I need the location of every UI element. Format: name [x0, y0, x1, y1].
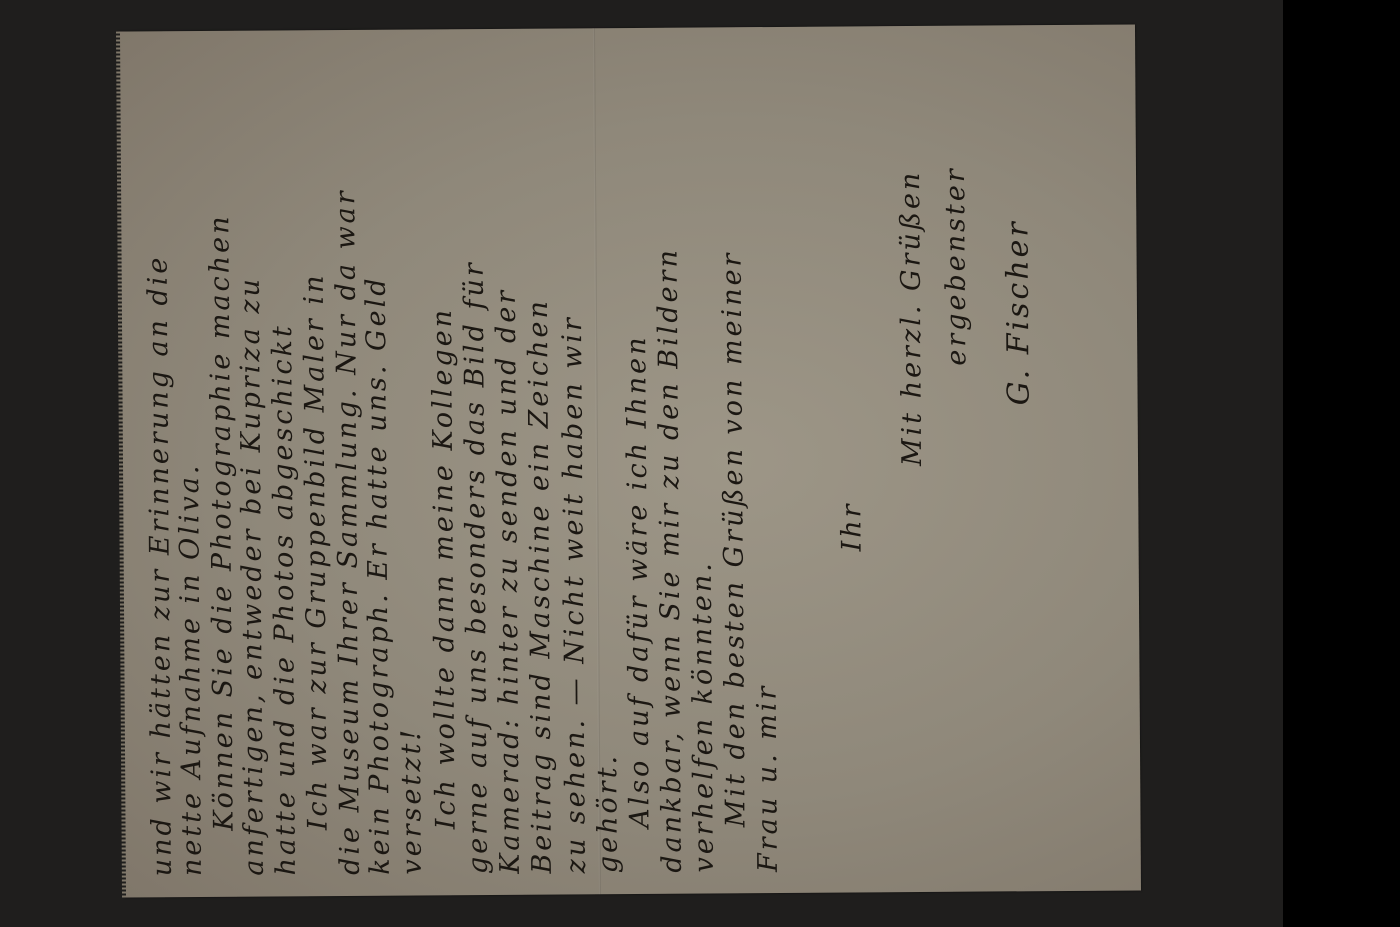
letter-line: Also auf dafür wäre ich Ihnen	[621, 334, 655, 828]
letter-line: nette Aufnahme in Oliva.	[174, 462, 208, 876]
letter-line: verhelfen könnten.	[687, 560, 720, 872]
letter-line: kein Photograph. Er hatte uns. Geld	[361, 275, 396, 874]
closing-regards: Mit herzl. Grüßen	[895, 170, 928, 466]
closing-ergebenster: ergebenster	[940, 166, 972, 366]
letter-line: zu sehen. — Nicht weit haben wir	[557, 315, 592, 873]
letter-paper: und wir hätten zur Erinnerung an die net…	[119, 24, 1141, 897]
signature: G. Fischer	[1000, 219, 1036, 405]
letter-line: Frau u. mir	[752, 684, 784, 873]
letter-line: Ich war zur Gruppenbild Maler in	[299, 272, 334, 830]
letter-line: dankbar, wenn Sie mir zu den Bildern	[653, 247, 688, 873]
letter-line: hatte und die Photos abgeschickt	[267, 323, 302, 875]
letter-line: gehört.	[592, 753, 624, 873]
closing-ihr: Ihr	[836, 501, 867, 551]
letter-line: versetzt!	[396, 727, 428, 875]
letter-line: Ich wollte dann meine Kollegen	[427, 307, 462, 830]
letter-line: Mit den besten Grüßen von meiner	[717, 250, 752, 827]
letter-line: anfertigen, entweder bei Kupriza zu	[235, 276, 270, 876]
letter-line: Beitrag sind Maschine ein Zeichen	[523, 298, 558, 874]
letter-line: und wir hätten zur Erinnerung an die	[143, 255, 178, 877]
letter-line: Kamerad: hinter zu senden und der	[491, 288, 526, 874]
letter-line: gerne auf uns besonders das Bild für	[459, 260, 494, 874]
